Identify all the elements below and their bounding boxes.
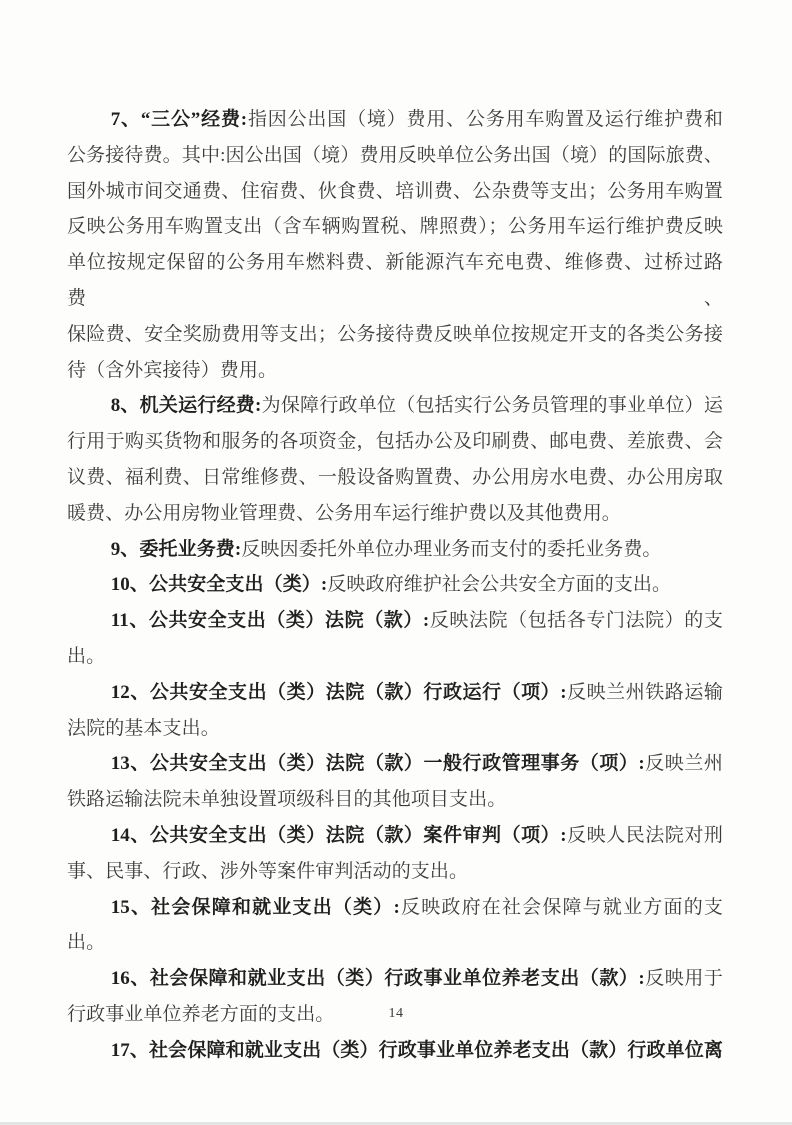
paragraph-12: 12、公共安全支出（类）法院（款）行政运行（项）:反映兰州铁路运输 法院的基本支… (67, 675, 723, 747)
paragraph-line: 暖费、办公用房物业管理费、公务用车运行维护费以及其他费用。 (67, 496, 723, 532)
paragraph-line: 公务接待费。其中:因公出国（境）费用反映单位公务出国（境）的国际旅费、 (67, 138, 723, 174)
paragraph-text: 反映用于 (645, 968, 723, 989)
paragraph-text: 反映因委托外单位办理业务而支付的委托业务费。 (241, 539, 661, 560)
paragraph-first-line: 7、“三公”经费:指因公出国（境）费用、公务用车购置及运行维护费和 (67, 102, 723, 138)
paragraph-first-line: 9、委托业务费:反映因委托外单位办理业务而支付的委托业务费。 (67, 532, 723, 568)
paragraph-first-line: 12、公共安全支出（类）法院（款）行政运行（项）:反映兰州铁路运输 (67, 675, 723, 711)
paragraph-heading: 15、社会保障和就业支出（类）: (111, 897, 400, 918)
paragraph-first-line: 16、社会保障和就业支出（类）行政事业单位养老支出（款）:反映用于 (67, 961, 723, 997)
paragraph-8: 8、机关运行经费:为保障行政单位（包括实行公务员管理的事业单位）运 行用于购买货… (67, 388, 723, 531)
paragraph-line: 行用于购买货物和服务的各项资金，包括办公及印刷费、邮电费、差旅费、会 (67, 424, 723, 460)
paragraph-heading: 11、公共安全支出（类）法院（款）: (111, 610, 430, 631)
paragraph-text: 反映人民法院对刑 (567, 825, 723, 846)
paragraph-11: 11、公共安全支出（类）法院（款）:反映法院（包括各专门法院）的支 出。 (67, 603, 723, 675)
paragraph-first-line: 15、社会保障和就业支出（类）:反映政府在社会保障与就业方面的支出。 (67, 890, 723, 962)
paragraph-7: 7、“三公”经费:指因公出国（境）费用、公务用车购置及运行维护费和 公务接待费。… (67, 102, 723, 388)
paragraph-heading: 9、委托业务费: (111, 539, 242, 560)
document-body: 7、“三公”经费:指因公出国（境）费用、公务用车购置及运行维护费和 公务接待费。… (67, 102, 723, 1069)
paragraph-heading: 12、公共安全支出（类）法院（款）行政运行（项）: (111, 682, 567, 703)
paragraph-text: 反映兰州 (645, 753, 723, 774)
paragraph-text: 为保障行政单位（包括实行公务员管理的事业单位）运 (261, 395, 723, 416)
paragraph-first-line: 11、公共安全支出（类）法院（款）:反映法院（包括各专门法院）的支 (67, 603, 723, 639)
paragraph-heading: 8、机关运行经费: (111, 395, 262, 416)
paragraph-text: 反映政府维护社会公共安全方面的支出。 (327, 574, 671, 595)
paragraph-line: 事、民事、行政、涉外等案件审判活动的支出。 (67, 854, 723, 890)
paragraph-9: 9、委托业务费:反映因委托外单位办理业务而支付的委托业务费。 (67, 532, 723, 568)
paragraph-heading: 7、“三公”经费: (111, 109, 248, 130)
paragraph-text: 指因公出国（境）费用、公务用车购置及运行维护费和 (247, 109, 723, 130)
paragraph-14: 14、公共安全支出（类）法院（款）案件审判（项）:反映人民法院对刑 事、民事、行… (67, 818, 723, 890)
paragraph-first-line: 14、公共安全支出（类）法院（款）案件审判（项）:反映人民法院对刑 (67, 818, 723, 854)
paragraph-10: 10、公共安全支出（类）:反映政府维护社会公共安全方面的支出。 (67, 567, 723, 603)
paragraph-line: 反映公务用车购置支出（含车辆购置税、牌照费）；公务用车运行维护费反映 (67, 209, 723, 245)
paragraph-line: 法院的基本支出。 (67, 711, 723, 747)
paragraph-text: 反映兰州铁路运输 (567, 682, 723, 703)
paragraph-line: 单位按规定保留的公务用车燃料费、新能源汽车充电费、维修费、过桥过路费、 (67, 245, 723, 317)
paragraph-heading: 13、公共安全支出（类）法院（款）一般行政管理事务（项）: (111, 753, 645, 774)
paragraph-line: 议费、福利费、日常维修费、一般设备购置费、办公用房水电费、办公用房取 (67, 460, 723, 496)
paragraph-heading: 10、公共安全支出（类）: (111, 574, 328, 595)
paragraph-first-line: 10、公共安全支出（类）:反映政府维护社会公共安全方面的支出。 (67, 567, 723, 603)
paragraph-line: 铁路运输法院未单独设置项级科目的其他项目支出。 (67, 782, 723, 818)
paragraph-line: 出。 (67, 639, 723, 675)
paragraph-17: 17、社会保障和就业支出（类）行政事业单位养老支出（款）行政单位离 (67, 1033, 723, 1069)
paragraph-first-line: 8、机关运行经费:为保障行政单位（包括实行公务员管理的事业单位）运 (67, 388, 723, 424)
paragraph-text: 反映法院（包括各专门法院）的支 (429, 610, 723, 631)
paragraph-line: 国外城市间交通费、住宿费、伙食费、培训费、公杂费等支出；公务用车购置 (67, 174, 723, 210)
page-number: 14 (0, 1006, 792, 1022)
paragraph-15: 15、社会保障和就业支出（类）:反映政府在社会保障与就业方面的支出。 (67, 890, 723, 962)
paragraph-13: 13、公共安全支出（类）法院（款）一般行政管理事务（项）:反映兰州 铁路运输法院… (67, 746, 723, 818)
paragraph-heading: 17、社会保障和就业支出（类）行政事业单位养老支出（款）行政单位离 (111, 1040, 723, 1061)
paragraph-first-line: 13、公共安全支出（类）法院（款）一般行政管理事务（项）:反映兰州 (67, 746, 723, 782)
paragraph-heading: 16、社会保障和就业支出（类）行政事业单位养老支出（款）: (111, 968, 645, 989)
paragraph-first-line: 17、社会保障和就业支出（类）行政事业单位养老支出（款）行政单位离 (67, 1033, 723, 1069)
paragraph-heading: 14、公共安全支出（类）法院（款）案件审判（项）: (111, 825, 567, 846)
paragraph-line: 保险费、安全奖励费用等支出；公务接待费反映单位按规定开支的各类公务接 (67, 317, 723, 353)
document-page: 7、“三公”经费:指因公出国（境）费用、公务用车购置及运行维护费和 公务接待费。… (0, 0, 792, 1125)
paragraph-line: 待（含外宾接待）费用。 (67, 353, 723, 389)
